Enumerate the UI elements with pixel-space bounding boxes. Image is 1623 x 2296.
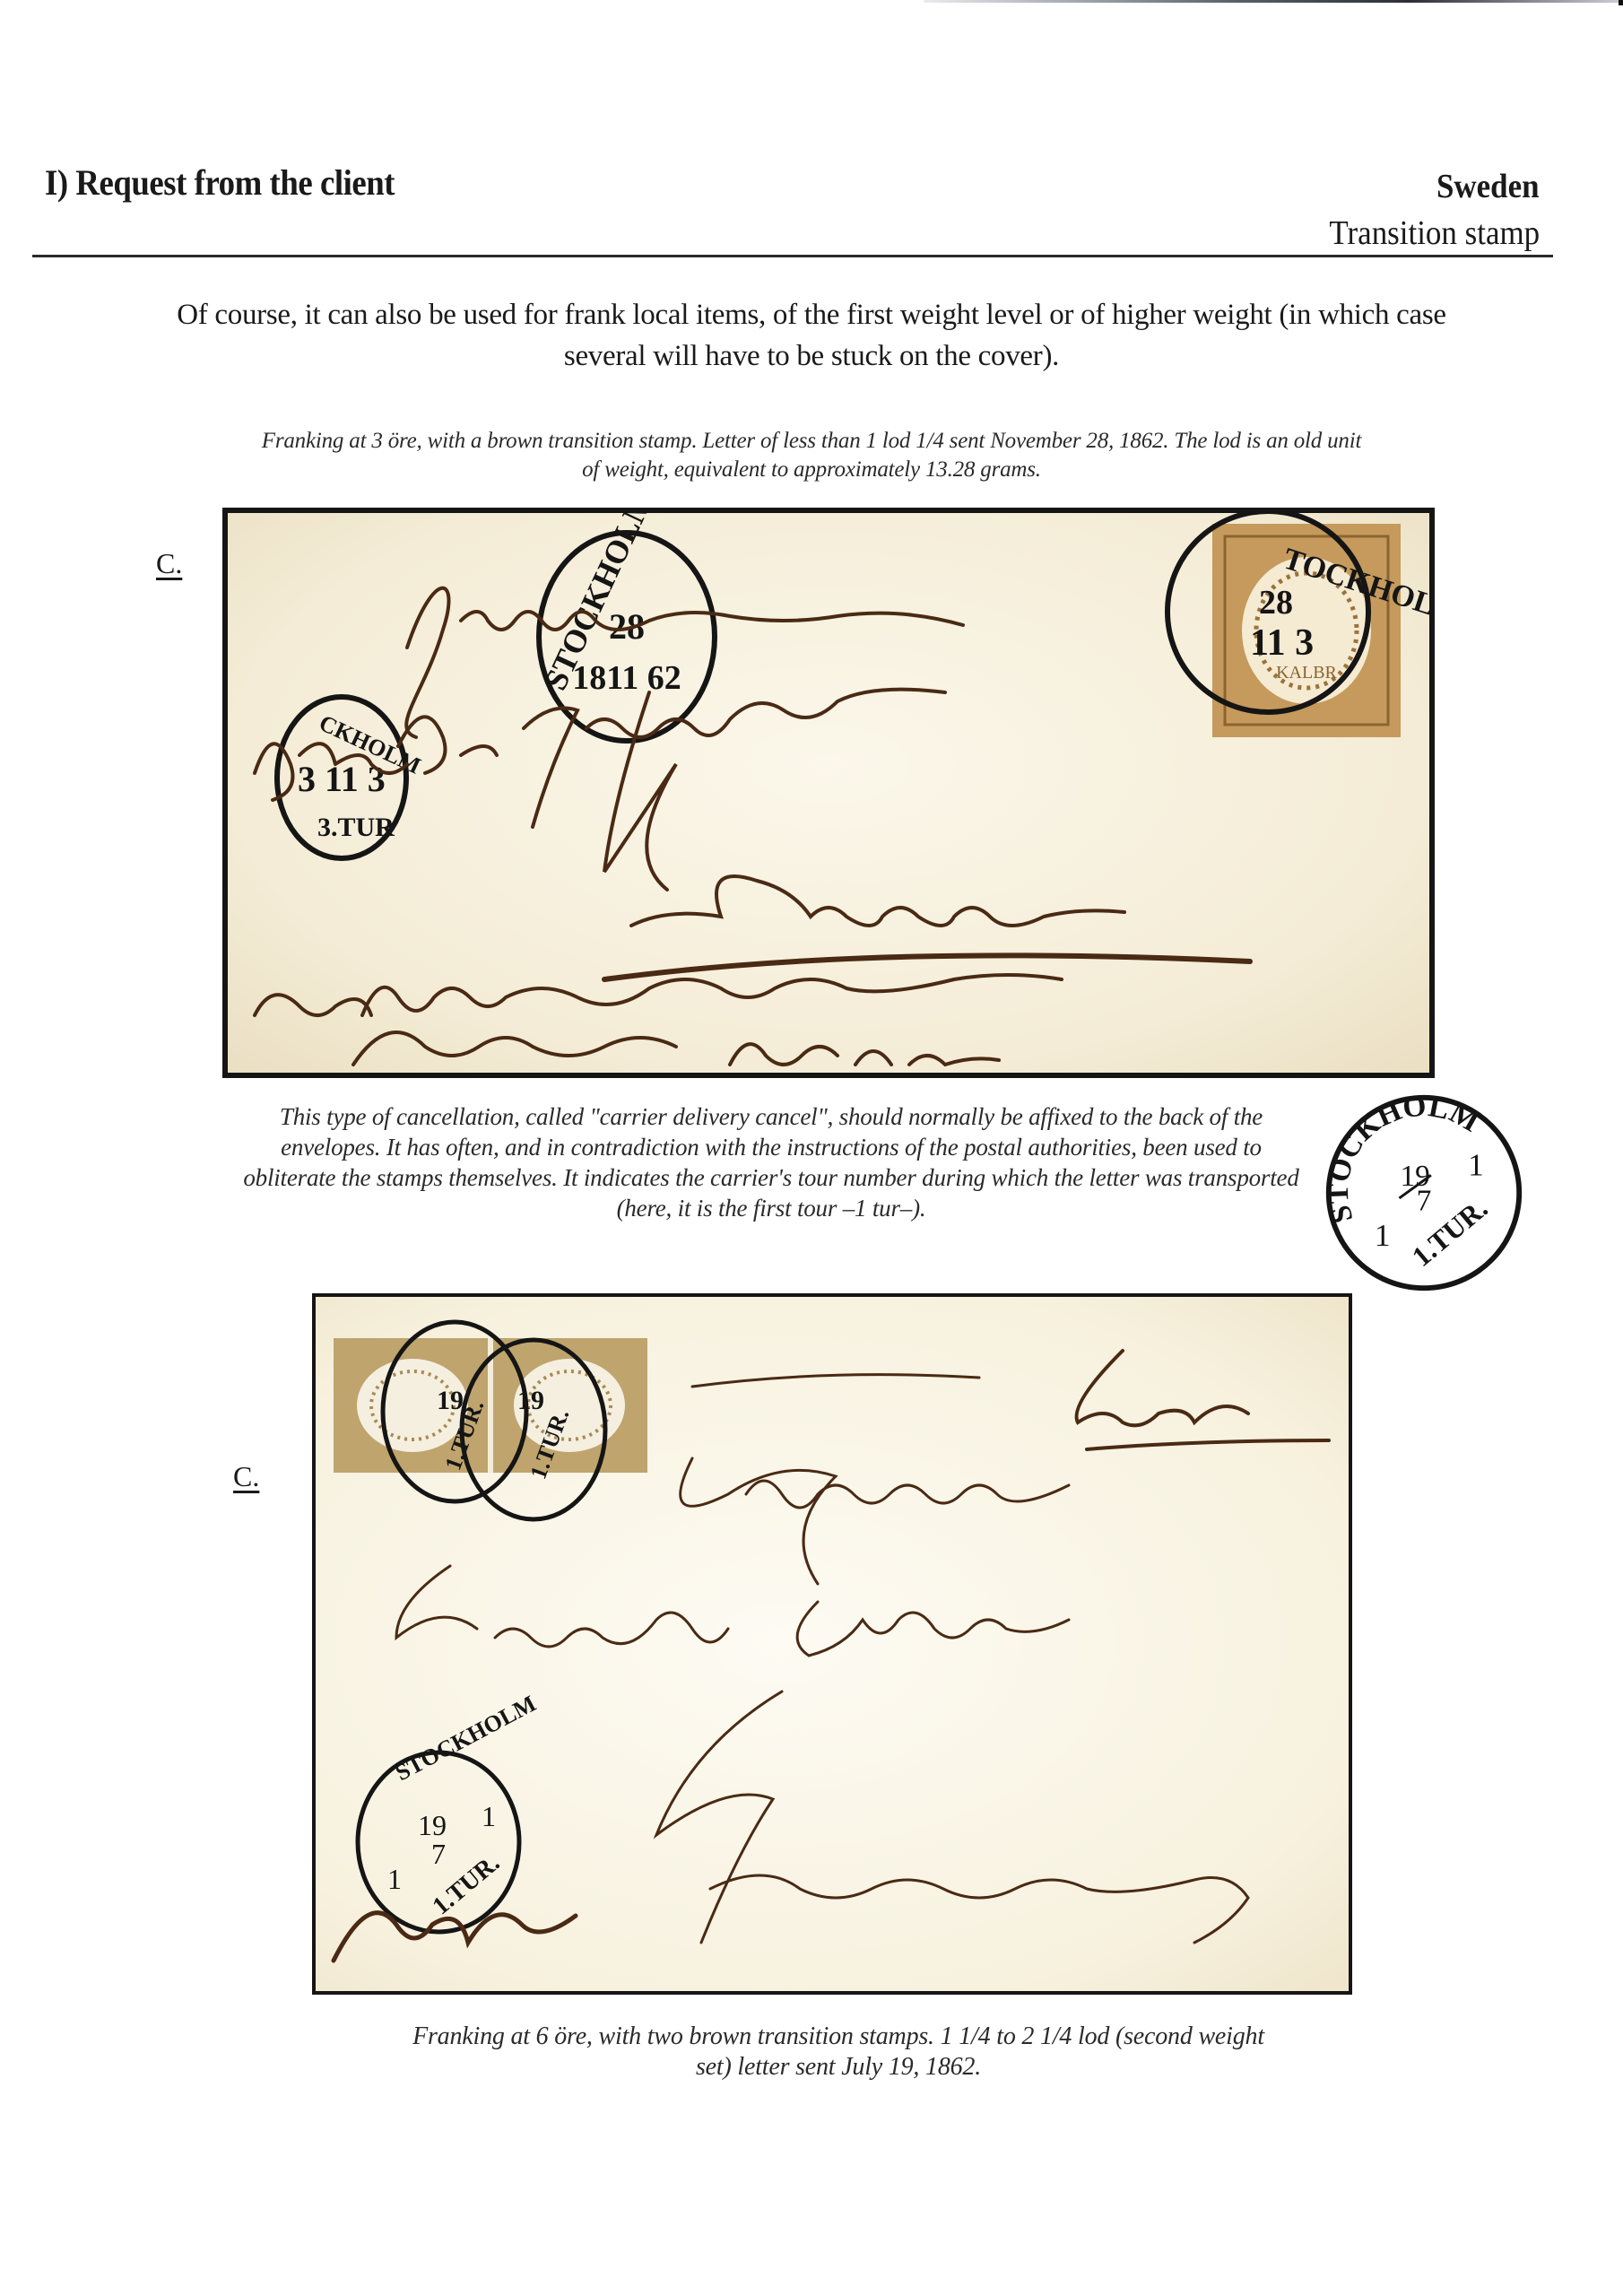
postmark-hour-left: 1 [1375,1217,1391,1253]
svg-text:19: 19 [517,1386,544,1415]
subtitle-heading: Transition stamp [1329,213,1540,253]
svg-text:1811 62: 1811 62 [572,659,681,697]
scan-top-edge [924,0,1619,3]
cover-2-image: 19 19 1.TUR. 1.TUR. 19 7 1 1 1.TUR. STOC… [312,1293,1352,1995]
svg-text:1: 1 [482,1800,496,1832]
intro-paragraph: Of course, it can also be used for frank… [152,294,1471,377]
carrier-cancel-example-icon: STOCKHOLM 19 7 1 1 1.TUR. [1318,1087,1530,1299]
header-divider [32,255,1553,257]
cover-2-artwork: 19 19 1.TUR. 1.TUR. 19 7 1 1 1.TUR. STOC… [316,1297,1349,1991]
svg-text:28: 28 [1259,584,1293,622]
handwritten-address-icon [255,588,1250,1065]
svg-text:11 3: 11 3 [1250,622,1314,664]
svg-text:STOCKHOLM: STOCKHOLM [391,1691,540,1787]
svg-text:7: 7 [431,1838,446,1870]
cover-1-label: C. [156,547,182,580]
cover-1-caption: Franking at 3 öre, with a brown transiti… [256,427,1367,484]
cover-2-label: C. [233,1460,259,1493]
postmark-hour-right: 1 [1468,1146,1484,1182]
carrier-cancel-note: This type of cancellation, called "carri… [242,1101,1300,1223]
svg-text:3.TUR: 3.TUR [317,813,395,842]
section-title: I) Request from the client [45,161,395,204]
country-heading: Sweden [1436,167,1540,206]
cover-1-artwork: KALBR TOCKHOLM 28 11 3 28 1811 62 STOCKH… [228,513,1429,1073]
cover-1-image: KALBR TOCKHOLM 28 11 3 28 1811 62 STOCKH… [222,508,1435,1078]
svg-text:KALBR: KALBR [1276,663,1337,683]
scan-corner-mark [1619,0,1623,5]
svg-text:1: 1 [387,1863,402,1895]
postmark-month: 7 [1417,1185,1432,1218]
svg-text:19: 19 [418,1809,447,1841]
cover-2-caption: Franking at 6 öre, with two brown transi… [412,2022,1264,2083]
